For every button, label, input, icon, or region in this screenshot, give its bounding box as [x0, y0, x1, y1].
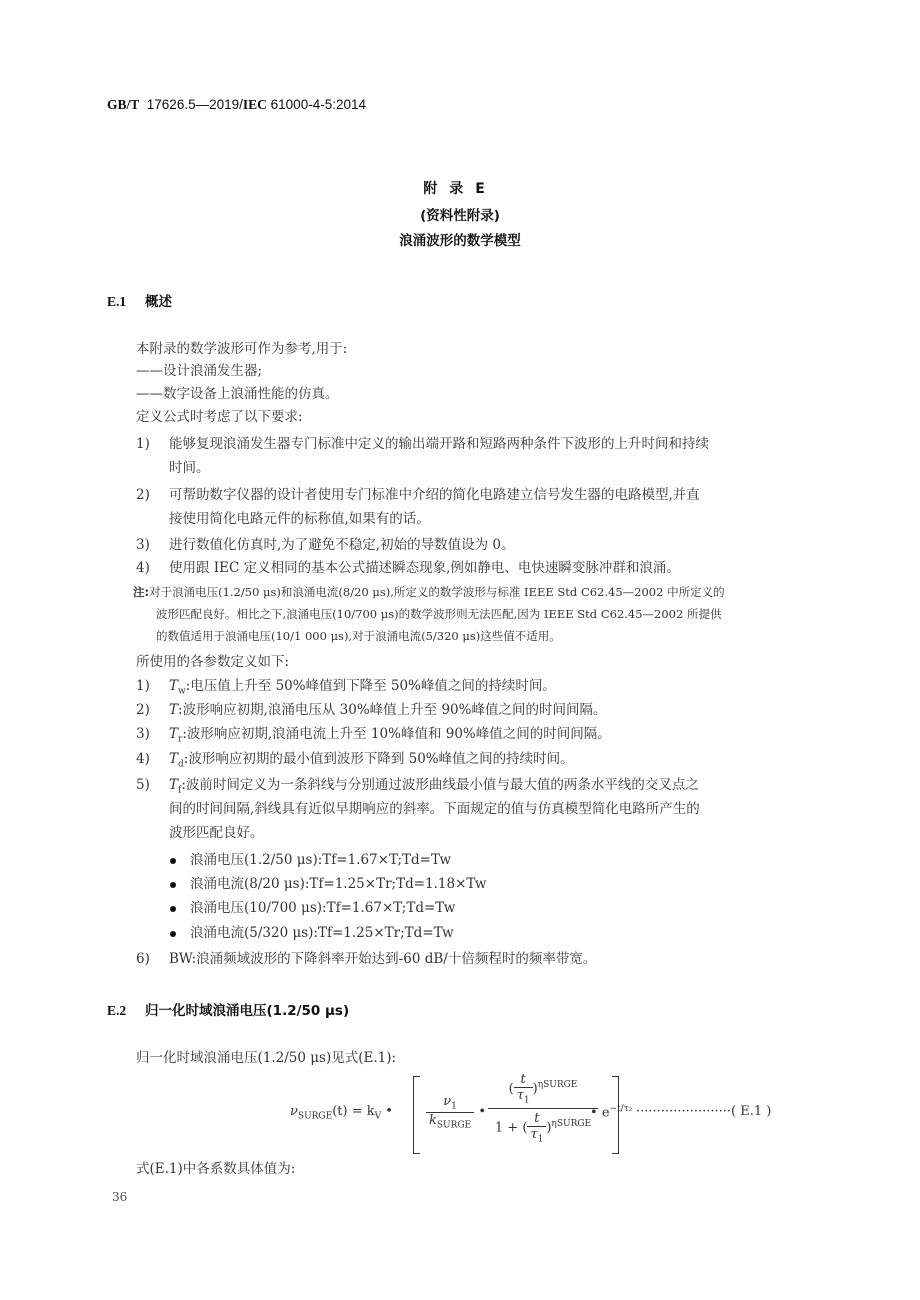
symbol: T — [169, 702, 178, 718]
left-bracket — [413, 1076, 420, 1154]
note-line: 波形匹配良好。相比之下,浪涌电压(10/700 μs)的数学波形则无法匹配,因为… — [156, 605, 721, 624]
dash-item: ——数字设备上浪涌性能的仿真。 — [136, 384, 339, 404]
definition: :波形响应初期,浪涌电压从 30%峰值上升至 90%峰值之间的时间间隔。 — [178, 702, 606, 718]
symbol-sub: V — [375, 1112, 382, 1122]
bullet-text: 浪涌电流(8/20 μs):Tf=1.25×Tr;Td=1.18×Tw — [190, 876, 487, 892]
bullet-text: 浪涌电压(1.2/50 μs):Tf=1.67×T;Td=Tw — [190, 852, 451, 868]
item-text: 可帮助数字仪器的设计者使用专门标准中介绍的简化电路建立信号发生器的电路模型,并直 — [169, 485, 700, 505]
iec-number: 61000-4-5:2014 — [271, 97, 366, 112]
exponent: ηSURGE — [538, 1080, 578, 1090]
note: 注:对于浪涌电压(1.2/50 μs)和浪涌电流(8/20 μs),所定义的数学… — [133, 583, 725, 602]
symbol: T — [169, 777, 178, 793]
bullet-icon — [170, 931, 176, 937]
bullet-icon — [170, 906, 176, 912]
symbol: T — [169, 678, 178, 694]
param-item: 6) BW:浪涌频域波形的下降斜率开始达到-60 dB/十倍频程时的频率带宽。 — [136, 949, 826, 971]
item-text: 使用跟 IEC 定义相同的基本公式描述瞬态现象,例如静电、电快速瞬变脉冲群和浪涌… — [169, 558, 680, 578]
param-item: 3) Tr:波形响应初期,浪涌电流上升至 10%峰值和 90%峰值之间的时间间隔… — [136, 724, 826, 746]
symbol: T — [169, 751, 178, 767]
bullet-text: 浪涌电流(5/320 μs):Tf=1.25×Tr;Td=Tw — [190, 925, 454, 941]
bullet-item: 浪涌电流(5/320 μs):Tf=1.25×Tr;Td=Tw — [170, 923, 454, 943]
param-item: 1) Tw:电压值上升至 50%峰值到下降至 50%峰值之间的持续时间。 — [136, 676, 826, 698]
definition: :波形响应初期,浪涌电流上升至 10%峰值和 90%峰值之间的时间间隔。 — [182, 726, 610, 742]
requirement-item: 1) 能够复现浪涌发生器专门标准中定义的输出端开路和短路两种条件下波形的上升时间… — [136, 434, 826, 478]
standard-header: GB/T 17626.5—2019/IEC 61000-4-5:2014 — [107, 97, 366, 113]
item-text: Td:波形响应初期的最小值到波形下降到 50%峰值之间的持续时间。 — [169, 749, 574, 775]
formula-lhs: νSURGE(t) = kV • — [290, 1104, 393, 1122]
symbol-sub: 1 — [524, 1096, 530, 1106]
requirements-intro: 定义公式时考虑了以下要求: — [136, 407, 303, 427]
param-item: 4) Td:波形响应初期的最小值到波形下降到 50%峰值之间的持续时间。 — [136, 749, 826, 771]
symbol: ν — [290, 1104, 298, 1119]
section-heading-e2: E.2归一化时域浪涌电压(1.2/50 μs) — [107, 999, 349, 1019]
item-text: Tf:波前时间定义为一条斜线与分别通过波形曲线最小值与最大值的两条水平线的交叉点… — [169, 775, 699, 801]
item-text: T:波形响应初期,浪涌电压从 30%峰值上升至 90%峰值之间的时间间隔。 — [169, 700, 606, 720]
fraction-denominator: 1 + (tτ1)ηSURGE — [488, 1109, 598, 1145]
dash-item: ——设计浪涌发生器; — [136, 361, 262, 381]
note-line: 对于浪涌电压(1.2/50 μs)和浪涌电流(8/20 μs),所定义的数学波形… — [149, 585, 724, 599]
leader-dots: ······················· — [636, 1104, 731, 1119]
item-number: 5) — [136, 775, 166, 795]
requirement-item: 4) 使用跟 IEC 定义相同的基本公式描述瞬态现象,例如静电、电快速瞬变脉冲群… — [136, 558, 826, 580]
formula-e1: νSURGE(t) = kV • ν1kSURGE • (tτ1)ηSURGE … — [290, 1072, 830, 1157]
section-number: E.2 — [107, 1003, 145, 1019]
annex-name: 浪涌波形的数学模型 — [0, 229, 920, 249]
note-line: 的数值适用于浪涌电压(10/1 000 μs),对于浪涌电流(5/320 μs)… — [156, 627, 561, 646]
equation-label: ·······················( E.1 ) — [636, 1104, 771, 1119]
intro-paragraph: 本附录的数学波形可作为参考,用于: — [136, 339, 347, 359]
coefficients-intro: 式(E.1)中各系数具体值为: — [136, 1159, 295, 1179]
item-number: 2) — [136, 700, 166, 720]
params-intro: 所使用的各参数定义如下: — [136, 652, 289, 672]
item-number: 3) — [136, 535, 166, 555]
note-label: 注: — [133, 585, 149, 599]
exponent: ηSURGE — [551, 1119, 591, 1129]
page-number: 36 — [112, 1190, 127, 1204]
item-text: 时间。 — [169, 458, 210, 478]
e2-intro: 归一化时域浪涌电压(1.2/50 μs)见式(E.1): — [136, 1048, 396, 1068]
item-number: 2) — [136, 485, 166, 505]
bullet-item: 浪涌电流(8/20 μs):Tf=1.25×Tr;Td=1.18×Tw — [170, 874, 487, 894]
item-text: Tr:波形响应初期,浪涌电流上升至 10%峰值和 90%峰值之间的时间间隔。 — [169, 724, 611, 750]
item-text: 接使用简化电路元件的标称值,如果有的话。 — [169, 509, 430, 529]
bullet-icon — [170, 858, 176, 864]
item-number: 1) — [136, 676, 166, 696]
param-item: 2) T:波形响应初期,浪涌电压从 30%峰值上升至 90%峰值之间的时间间隔。 — [136, 700, 826, 722]
symbol: t — [521, 1072, 526, 1087]
section-number: E.1 — [107, 294, 145, 310]
symbol-sub: SURGE — [298, 1112, 332, 1122]
symbol: k — [429, 1113, 437, 1128]
bullet-icon — [170, 882, 176, 888]
symbol: ν — [443, 1094, 451, 1109]
item-number: 4) — [136, 749, 166, 769]
fraction-numerator: (tτ1)ηSURGE — [488, 1072, 598, 1109]
fraction-main: (tτ1)ηSURGE 1 + (tτ1)ηSURGE — [488, 1072, 598, 1144]
bullet-text: 浪涌电压(10/700 μs):Tf=1.67×T;Td=Tw — [190, 900, 455, 916]
iec-prefix: IEC — [243, 97, 267, 112]
item-text: 进行数值化仿真时,为了避免不稳定,初始的导数值设为 0。 — [169, 535, 514, 555]
item-number: 3) — [136, 724, 166, 744]
section-title: 概述 — [145, 294, 172, 310]
formula-text: (t) = k — [332, 1104, 374, 1119]
item-text: Tw:电压值上升至 50%峰值到下降至 50%峰值之间的持续时间。 — [169, 676, 556, 702]
symbol: t — [534, 1111, 539, 1126]
item-number: 4) — [136, 558, 166, 578]
symbol-sub: w — [178, 687, 186, 697]
symbol: τ — [530, 1127, 537, 1142]
standard-number: 17626.5—2019/ — [147, 97, 243, 112]
section-heading-e1: E.1概述 — [107, 290, 172, 310]
symbol-sub: SURGE — [437, 1120, 471, 1130]
symbol: e — [602, 1105, 610, 1120]
symbol: T — [169, 726, 178, 742]
item-text: 能够复现浪涌发生器专门标准中定义的输出端开路和短路两种条件下波形的上升时间和持续 — [169, 434, 709, 454]
standard-prefix: GB/T — [107, 97, 139, 112]
definition: :波前时间定义为一条斜线与分别通过波形曲线最小值与最大值的两条水平线的交叉点之 — [181, 777, 699, 793]
bullet-item: 浪涌电压(10/700 μs):Tf=1.67×T;Td=Tw — [170, 898, 455, 918]
requirement-item: 2) 可帮助数字仪器的设计者使用专门标准中介绍的简化电路建立信号发生器的电路模型… — [136, 485, 826, 529]
right-bracket — [612, 1076, 619, 1154]
formula-text: 1 + — [495, 1120, 518, 1135]
symbol-sub: 1 — [451, 1102, 457, 1112]
equation-number: ( E.1 ) — [731, 1104, 771, 1119]
item-text: BW:浪涌频域波形的下降斜率开始达到-60 dB/十倍频程时的频率带宽。 — [169, 949, 596, 969]
symbol-sub: 1 — [538, 1134, 544, 1144]
definition: :波形响应初期的最小值到波形下降到 50%峰值之间的持续时间。 — [184, 751, 574, 767]
symbol: τ — [517, 1088, 524, 1103]
bullet-item: 浪涌电压(1.2/50 μs):Tf=1.67×T;Td=Tw — [170, 850, 451, 870]
annex-type: (资料性附录) — [0, 204, 920, 224]
section-title: 归一化时域浪涌电压(1.2/50 μs) — [145, 1003, 349, 1019]
item-text: 间的时间间隔,斜线具有近似早期响应的斜率。下面规定的值与仿真模型简化电路所产生的 — [169, 799, 700, 819]
item-number: 6) — [136, 949, 166, 969]
annex-title: 附录E — [0, 178, 920, 198]
item-number: 1) — [136, 434, 166, 454]
fraction-nu1-ksurge: ν1kSURGE • — [426, 1094, 486, 1130]
requirement-item: 3) 进行数值化仿真时,为了避免不稳定,初始的导数值设为 0。 — [136, 535, 826, 557]
item-text: 波形匹配良好。 — [169, 823, 264, 843]
param-item: 5) Tf:波前时间定义为一条斜线与分别通过波形曲线最小值与最大值的两条水平线的… — [136, 775, 826, 845]
definition: :电压值上升至 50%峰值到下降至 50%峰值之间的持续时间。 — [186, 678, 556, 694]
